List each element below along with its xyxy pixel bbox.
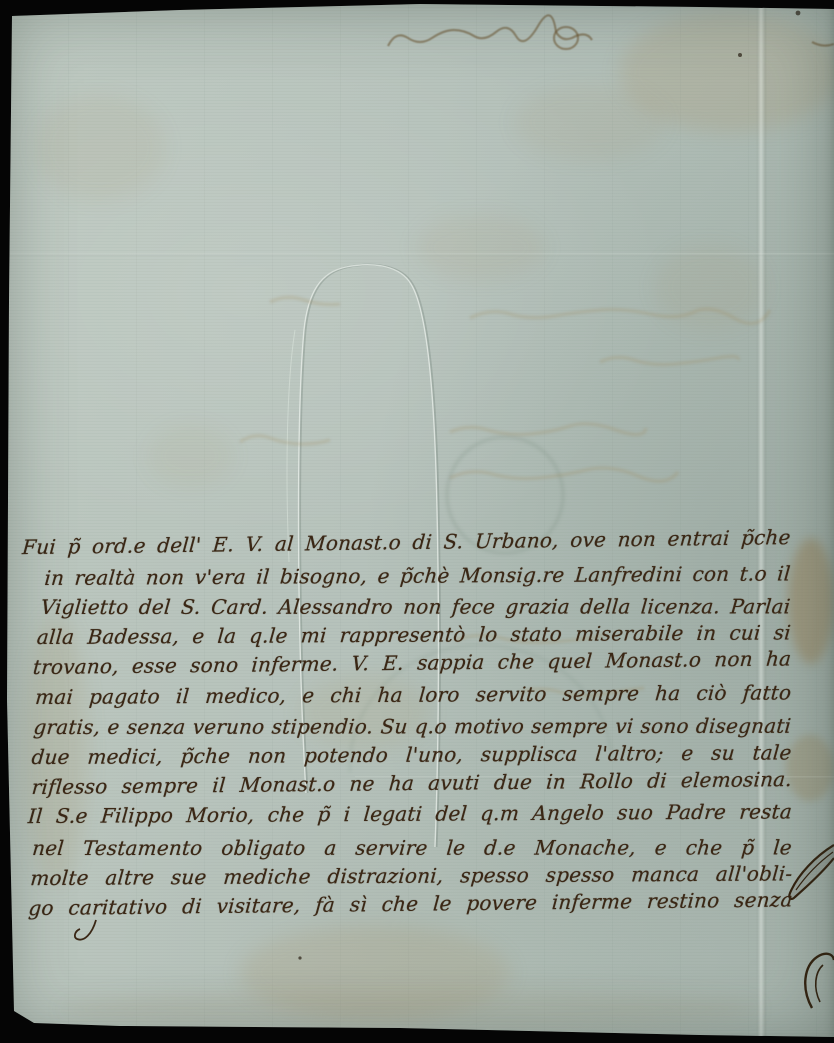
letter-line: in realtà non v'era il bisogno, e p̃chè … (43, 558, 791, 593)
letter-line: mai pagato il medico, e chi ha loro serv… (34, 677, 792, 712)
letter-sheet: Fui p̃ ord.e dell' E. V. al Monast.o di … (0, 0, 834, 1043)
letter-line: Fui p̃ ord.e dell' E. V. al Monast.o di … (21, 522, 792, 562)
letter-line: Il S.e Filippo Morio, che p̃ i legati de… (27, 796, 793, 831)
photo-backdrop: Fui p̃ ord.e dell' E. V. al Monast.o di … (0, 0, 834, 1043)
letter-body: Fui p̃ ord.e dell' E. V. al Monast.o di … (0, 0, 834, 1043)
